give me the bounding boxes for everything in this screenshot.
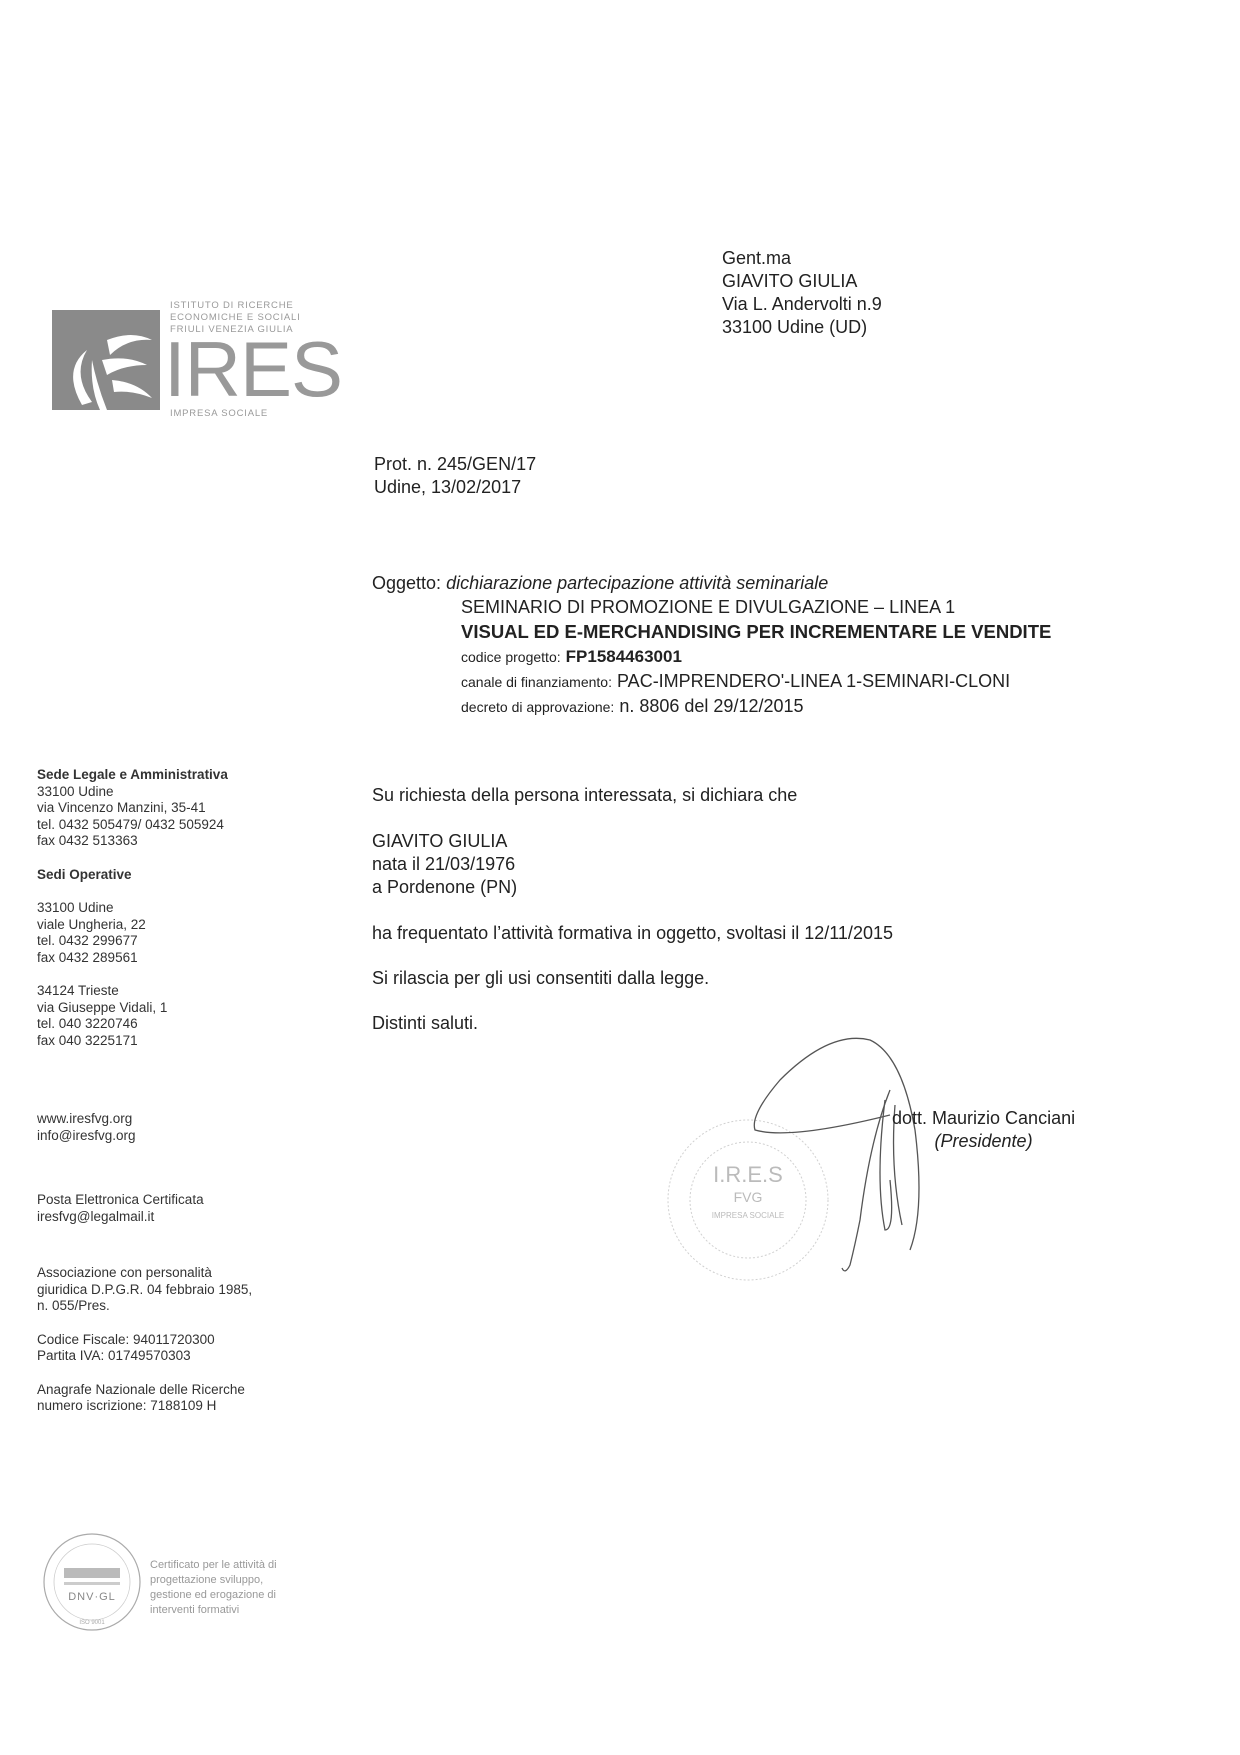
place-date: Udine, 13/02/2017: [374, 476, 536, 499]
website-link[interactable]: www.iresfvg.org: [37, 1111, 297, 1128]
signatory-name: dott. Maurizio Canciani: [892, 1107, 1075, 1130]
legal-office-line: via Vincenzo Manzini, 35-41: [37, 800, 297, 817]
udine-office-line: tel. 0432 299677: [37, 933, 297, 950]
funding-label: canale di finanziamento:: [461, 674, 612, 690]
signature-block: dott. Maurizio Canciani (Presidente): [892, 1107, 1075, 1153]
trieste-office-line: 34124 Trieste: [37, 983, 297, 1000]
intro-text: Su richiesta della persona interessata, …: [372, 784, 893, 807]
subject-label: Oggetto:: [372, 573, 441, 593]
project-code: FP1584463001: [566, 647, 682, 666]
cert-brand: DNV·GL: [68, 1591, 116, 1603]
registry-line: numero iscrizione: 7188109 H: [37, 1398, 297, 1415]
stamp-text-sub: IMPRESA SOCIALE: [712, 1211, 784, 1220]
seminar-title: VISUAL ED E-MERCHANDISING PER INCREMENTA…: [461, 619, 1132, 644]
sidebar-contacts: Sede Legale e Amministrativa 33100 Udine…: [37, 767, 297, 1432]
signatory-role: (Presidente): [892, 1130, 1075, 1153]
pec-label: Posta Elettronica Certificata: [37, 1192, 297, 1209]
logo-subtitle: IMPRESA SOCIALE: [170, 408, 268, 419]
recipient-salutation: Gent.ma: [722, 247, 882, 270]
subject-block: Oggetto: dichiarazione partecipazione at…: [372, 571, 1132, 719]
attendance-text: ha frequentato l’attività formativa in o…: [372, 922, 893, 945]
udine-office-line: fax 0432 289561: [37, 950, 297, 967]
trieste-office-line: tel. 040 3220746: [37, 1016, 297, 1033]
handwritten-signature-icon: [754, 1038, 919, 1271]
dnv-gl-seal-icon: DNV·GL ISO 9001: [40, 1530, 145, 1635]
association-line: n. 055/Pres.: [37, 1298, 297, 1315]
certification-badge: DNV·GL ISO 9001 Certificato per le attiv…: [40, 1530, 300, 1640]
funding-channel: PAC-IMPRENDERO'-LINEA 1-SEMINARI-CLONI: [617, 671, 1010, 691]
logo-name: IRES: [164, 330, 342, 408]
protocol-block: Prot. n. 245/GEN/17 Udine, 13/02/2017: [374, 453, 536, 499]
birth-place: a Pordenone (PN): [372, 876, 893, 899]
protocol-number: Prot. n. 245/GEN/17: [374, 453, 536, 476]
letter-body: Su richiesta della persona interessata, …: [372, 784, 893, 1035]
email-link[interactable]: info@iresfvg.org: [37, 1128, 297, 1145]
decree-value: n. 8806 del 29/12/2015: [619, 696, 803, 716]
udine-office-line: 33100 Udine: [37, 900, 297, 917]
trieste-office-line: fax 040 3225171: [37, 1033, 297, 1050]
legal-office-title: Sede Legale e Amministrativa: [37, 767, 297, 784]
tax-code: Codice Fiscale: 94011720300: [37, 1332, 297, 1349]
legal-office-line: fax 0432 513363: [37, 833, 297, 850]
stamp-text-ires: I.R.E.S: [713, 1162, 783, 1187]
legal-office-line: tel. 0432 505479/ 0432 505924: [37, 817, 297, 834]
vat-number: Partita IVA: 01749570303: [37, 1348, 297, 1365]
trieste-office-line: via Giuseppe Vidali, 1: [37, 1000, 297, 1017]
project-code-label: codice progetto:: [461, 649, 561, 665]
signature-stamp-graphic: I.R.E.S FVG IMPRESA SOCIALE: [640, 1030, 1060, 1290]
cert-standard: ISO 9001: [79, 1620, 105, 1626]
birth-date: nata il 21/03/1976: [372, 853, 893, 876]
legal-office-line: 33100 Udine: [37, 784, 297, 801]
ires-logo: ISTITUTO DI RICERCHE ECONOMICHE E SOCIAL…: [52, 300, 332, 425]
stamp-text-fvg: FVG: [734, 1189, 763, 1205]
seminar-name: SEMINARIO DI PROMOZIONE E DIVULGAZIONE –…: [461, 595, 1132, 619]
decree-label: decreto di approvazione:: [461, 699, 614, 715]
association-line: giuridica D.P.G.R. 04 febbraio 1985,: [37, 1282, 297, 1299]
pec-email[interactable]: iresfvg@legalmail.it: [37, 1209, 297, 1226]
recipient-street: Via L. Andervolti n.9: [722, 293, 882, 316]
cert-description: Certificato per le attività di progettaz…: [150, 1558, 300, 1618]
person-name: GIAVITO GIULIA: [372, 830, 893, 853]
registry-line: Anagrafe Nazionale delle Ricerche: [37, 1382, 297, 1399]
logo-tagline-1: ISTITUTO DI RICERCHE: [170, 300, 294, 312]
logo-tagline-2: ECONOMICHE E SOCIALI: [170, 312, 301, 324]
operative-title: Sedi Operative: [37, 867, 297, 884]
recipient-address: Gent.ma GIAVITO GIULIA Via L. Andervolti…: [722, 247, 882, 339]
release-text: Si rilascia per gli usi consentiti dalla…: [372, 967, 893, 990]
association-line: Associazione con personalità: [37, 1265, 297, 1282]
swirl-logo-icon: [52, 310, 160, 410]
recipient-city: 33100 Udine (UD): [722, 316, 882, 339]
subject-description: dichiarazione partecipazione attività se…: [446, 573, 828, 593]
udine-office-line: viale Ungheria, 22: [37, 917, 297, 934]
recipient-name: GIAVITO GIULIA: [722, 270, 882, 293]
